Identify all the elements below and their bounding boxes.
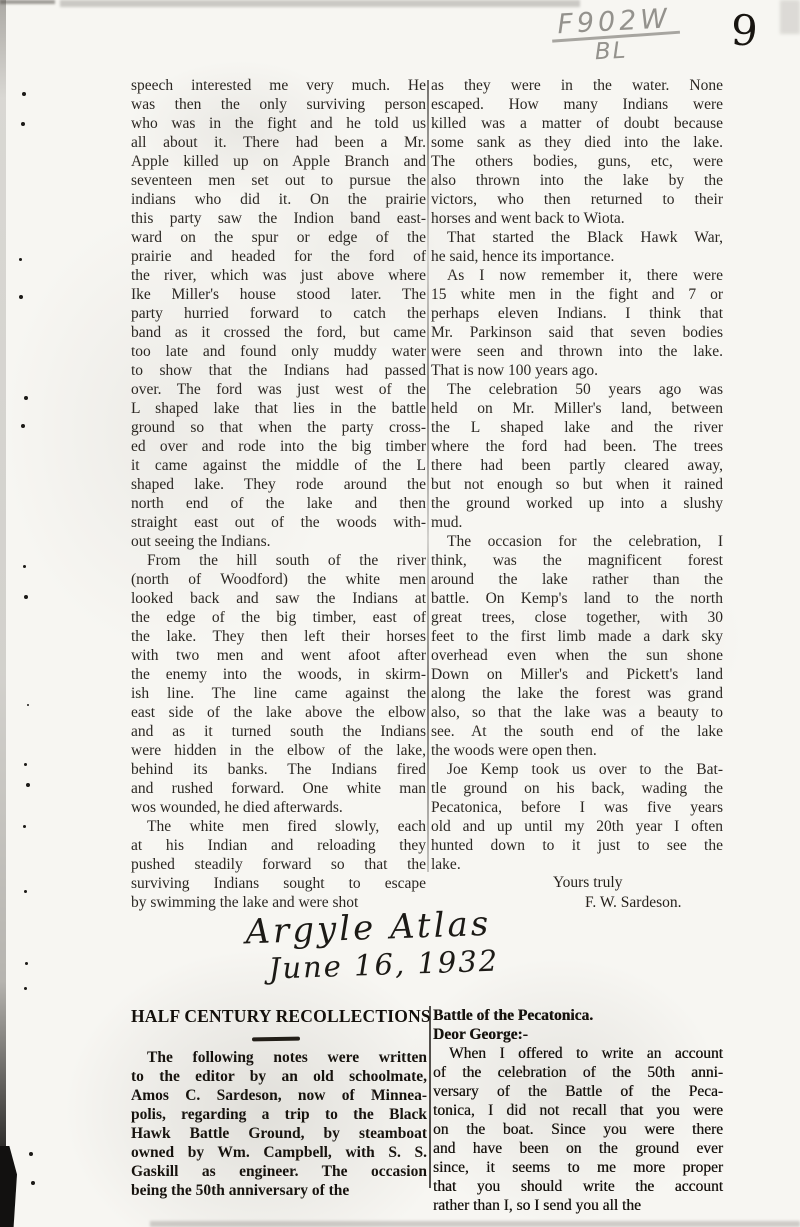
- pencil-catalog-code: F902W BL: [557, 3, 682, 67]
- ink-speck: [24, 890, 27, 893]
- text-line: Amos C. Sardeson, now of Minnea-: [131, 1086, 427, 1105]
- text-line: was then the only surviving person: [131, 95, 426, 114]
- text-line: As I now remember it, there were: [431, 266, 723, 285]
- text-line: The others bodies, guns, etc, were: [431, 152, 723, 171]
- text-line: Pecatonica, before I was five years: [431, 798, 723, 817]
- text-line: some sank as they died into the lake.: [431, 133, 723, 152]
- paragraph: as they were in the water. Noneescaped. …: [431, 76, 723, 228]
- text-line: over. The ford was just west of the: [131, 380, 426, 399]
- text-line: the ground worked up into a slushy: [431, 494, 723, 513]
- text-line: L shaped lake that lies in the battle: [131, 399, 426, 418]
- text-line: straight east out of the woods with-: [131, 513, 426, 532]
- text-line: seventeen men set out to pursue the: [131, 171, 426, 190]
- paragraph: Battle of the Pecatonica.: [433, 1006, 723, 1025]
- text-line: north end of the lake and then: [131, 494, 426, 513]
- text-line: with two men and went afoot after: [131, 646, 426, 665]
- text-line: lake.: [431, 855, 723, 874]
- text-line: along the lake the forest was grand: [431, 684, 723, 703]
- scan-noise-top-right: [780, 0, 800, 34]
- ink-speck: [29, 1152, 33, 1156]
- text-line: feet to the first limb made a dark sky: [431, 627, 723, 646]
- text-line: this party saw the Indion band east-: [131, 209, 426, 228]
- text-line: That is now 100 years ago.: [431, 361, 723, 380]
- text-line: indians who did it. On the prairie: [131, 190, 426, 209]
- text-line: all about it. There had been a Mr.: [131, 133, 426, 152]
- text-line: versary of the Battle of the Peca-: [433, 1082, 723, 1101]
- paragraph: Deor George:-: [433, 1025, 723, 1044]
- text-line: looked back and saw the Indians at: [131, 589, 426, 608]
- text-line: polis, regarding a trip to the Black: [131, 1105, 427, 1124]
- paragraph: The celebration 50 years ago washeld on …: [431, 380, 723, 532]
- text-line: too late and found only muddy water: [131, 342, 426, 361]
- ink-speck: [27, 704, 29, 706]
- text-line: wos wounded, he died afterwards.: [131, 798, 426, 817]
- text-line: ed over and rode into the big timber: [131, 437, 426, 456]
- text-line: From the hill south of the river: [131, 551, 426, 570]
- text-line: killed was a matter of doubt because: [431, 114, 723, 133]
- text-line: Deor George:-: [433, 1025, 723, 1044]
- text-line: Mr. Parkinson said that seven bodies: [431, 323, 723, 342]
- text-line: behind its banks. The Indians fired: [131, 760, 426, 779]
- text-line: east side of the lake above the elbow: [131, 703, 426, 722]
- ink-speck: [26, 783, 30, 787]
- text-line: he said, hence its importance.: [431, 247, 723, 266]
- ink-speck: [24, 595, 28, 599]
- text-line: That started the Black Hawk War,: [431, 228, 723, 247]
- text-line: as they were in the water. None: [431, 76, 723, 95]
- text-line: were seen and thrown into the lake.: [431, 342, 723, 361]
- ink-speck: [25, 962, 28, 965]
- ink-speck: [23, 825, 26, 828]
- page-number: 9: [730, 5, 759, 55]
- text-line: ward on the spur or edge of the: [131, 228, 426, 247]
- column-divider-top-article: [427, 80, 429, 872]
- scan-edge-left-strip: [0, 0, 6, 1227]
- text-line: The occasion for the celebration, I: [431, 532, 723, 551]
- paragraph: Joe Kemp took us over to the Bat-tle gro…: [431, 760, 723, 874]
- text-line: Gaskill as engineer. The occasion: [131, 1162, 427, 1181]
- text-line: the enemy into the woods, in skirm-: [131, 665, 426, 684]
- paragraph: speech interested me very much. Hewas th…: [131, 76, 426, 551]
- text-line: it came against the middle of the L: [131, 456, 426, 475]
- ink-speck: [21, 122, 25, 126]
- text-line: Joe Kemp took us over to the Bat-: [431, 760, 723, 779]
- text-line: and as it turned south the Indians: [131, 722, 426, 741]
- text-line: Battle of the Pecatonica.: [433, 1006, 723, 1025]
- column-divider-bottom-article: [429, 1006, 431, 1188]
- signature-name: F. W. Sardeson.: [585, 894, 682, 912]
- article-bottom-left-column: The following notes were writtento the e…: [131, 1048, 427, 1200]
- text-line: to show that the Indians had passed: [131, 361, 426, 380]
- headline-rule: [252, 1037, 300, 1041]
- text-line: The following notes were written: [131, 1048, 427, 1067]
- text-line: Ike Miller's house stood later. The: [131, 285, 426, 304]
- article-top-left-column: speech interested me very much. Hewas th…: [131, 76, 426, 912]
- paragraph: The occasion for the celebration, Ithink…: [431, 532, 723, 760]
- text-line: the woods were open then.: [431, 741, 723, 760]
- text-line: 15 white men in the fight and 7 or: [431, 285, 723, 304]
- text-line: pushed steadily forward so that the: [131, 855, 426, 874]
- text-line: ground so that when the party cross-: [131, 418, 426, 437]
- pencil-code-line2: BL: [594, 35, 681, 65]
- text-line: hunted down to it just to see the: [431, 836, 723, 855]
- text-line: mud.: [431, 513, 723, 532]
- text-line: overhead even when the sun shone: [431, 646, 723, 665]
- text-line: battle. On Kemp's land to the north: [431, 589, 723, 608]
- ink-speck: [24, 396, 28, 400]
- text-line: held on Mr. Miller's land, between: [431, 399, 723, 418]
- text-line: shaped lake. They rode around the: [131, 475, 426, 494]
- scan-noise-top-band: [60, 0, 580, 7]
- ink-speck: [24, 987, 27, 990]
- ink-speck: [31, 1181, 35, 1185]
- text-line: tonica, I did not recall that you were: [433, 1101, 723, 1120]
- text-line: old and up until my 20th year I often: [431, 817, 723, 836]
- text-line: on the boat. Since you were there: [433, 1120, 723, 1139]
- text-line: Down on Miller's and Pickett's land: [431, 665, 723, 684]
- text-line: The celebration 50 years ago was: [431, 380, 723, 399]
- text-line: ish line. The line came against the: [131, 684, 426, 703]
- text-line: see. At the south end of the lake: [431, 722, 723, 741]
- text-line: the edge of the big timber, east of: [131, 608, 426, 627]
- scanned-newspaper-page: F902W BL 9 speech interested me very muc…: [0, 0, 800, 1227]
- text-line: victors, who then returned to their: [431, 190, 723, 209]
- text-line: The white men fired slowly, each: [131, 817, 426, 836]
- scan-noise-bottom-band: [150, 1221, 800, 1227]
- text-line: where the ford had been. The trees: [431, 437, 723, 456]
- text-line: prairie and headed for the ford of: [131, 247, 426, 266]
- text-line: speech interested me very much. He: [131, 76, 426, 95]
- paragraph: That started the Black Hawk War,he said,…: [431, 228, 723, 266]
- article-bottom-right-column: Battle of the Pecatonica.Deor George:-Wh…: [433, 1006, 723, 1215]
- text-line: think, was the magnificent forest: [431, 551, 723, 570]
- text-line: being the 50th anniversary of the: [131, 1181, 427, 1200]
- text-line: the L shaped lake and the river: [431, 418, 723, 437]
- text-line: party hurried forward to catch the: [131, 304, 426, 323]
- article-bottom-headline: HALF CENTURY RECOLLECTIONS: [131, 1006, 427, 1027]
- text-line: tle ground on his back, wading the: [431, 779, 723, 798]
- text-line: the lake. They then left their horses: [131, 627, 426, 646]
- text-line: perhaps eleven Indians. I think that: [431, 304, 723, 323]
- text-line: there had been partly cleared away,: [431, 456, 723, 475]
- handwritten-date: June 16, 1932: [268, 944, 500, 986]
- text-line: also thrown into the lake by the: [431, 171, 723, 190]
- ink-speck: [21, 424, 25, 428]
- paragraph: The white men fired slowly, eachat his I…: [131, 817, 426, 912]
- scan-noise-top-left: [0, 0, 55, 4]
- handwritten-source-note: Argyle Atlas June 16, 1932: [245, 904, 500, 987]
- text-line: since, it seems to me more proper: [433, 1158, 723, 1177]
- ink-speck: [19, 258, 22, 261]
- text-line: (north of Woodford) the white men: [131, 570, 426, 589]
- text-line: at his Indian and reloading they: [131, 836, 426, 855]
- text-line: also, so that the lake was a beauty to: [431, 703, 723, 722]
- text-line: but not enough so but when it rained: [431, 475, 723, 494]
- text-line: rather than I, so I send you all the: [433, 1196, 723, 1215]
- text-line: the river, which was just above where: [131, 266, 426, 285]
- text-line: owned by Wm. Campbell, with S. S.: [131, 1143, 427, 1162]
- paragraph: The following notes were writtento the e…: [131, 1048, 427, 1200]
- paragraph: As I now remember it, there were15 white…: [431, 266, 723, 380]
- signature-closing: Yours truly: [553, 874, 623, 892]
- text-line: When I offered to write an account: [433, 1044, 723, 1063]
- article-top-right-column: as they were in the water. Noneescaped. …: [431, 76, 723, 874]
- text-line: out seeing the Indians.: [131, 532, 426, 551]
- ink-speck: [22, 92, 26, 96]
- text-line: escaped. How many Indians were: [431, 95, 723, 114]
- text-line: and have been on the ground ever: [433, 1139, 723, 1158]
- text-line: to the editor by an old schoolmate,: [131, 1067, 427, 1086]
- text-line: Apple killed up on Apple Branch and: [131, 152, 426, 171]
- text-line: band as it crossed the ford, but came: [131, 323, 426, 342]
- text-line: around the lake rather than the: [431, 570, 723, 589]
- text-line: of the celebration of the 50th anni-: [433, 1063, 723, 1082]
- text-line: Hawk Battle Ground, by steamboat: [131, 1124, 427, 1143]
- ink-speck: [24, 763, 27, 766]
- text-line: were hidden in the elbow of the lake,: [131, 741, 426, 760]
- text-line: great trees, close together, with 30: [431, 608, 723, 627]
- text-line: that you should write the account: [433, 1177, 723, 1196]
- text-line: surviving Indians sought to escape: [131, 874, 426, 893]
- paragraph: When I offered to write an accountof the…: [433, 1044, 723, 1215]
- scan-edge-bottom-left-black: [0, 1146, 17, 1227]
- ink-speck: [19, 295, 23, 299]
- text-line: horses and went back to Wiota.: [431, 209, 723, 228]
- text-line: and rushed forward. One white man: [131, 779, 426, 798]
- paragraph: From the hill south of the river(north o…: [131, 551, 426, 817]
- text-line: who was in the fight and he told us: [131, 114, 426, 133]
- ink-speck: [23, 565, 26, 568]
